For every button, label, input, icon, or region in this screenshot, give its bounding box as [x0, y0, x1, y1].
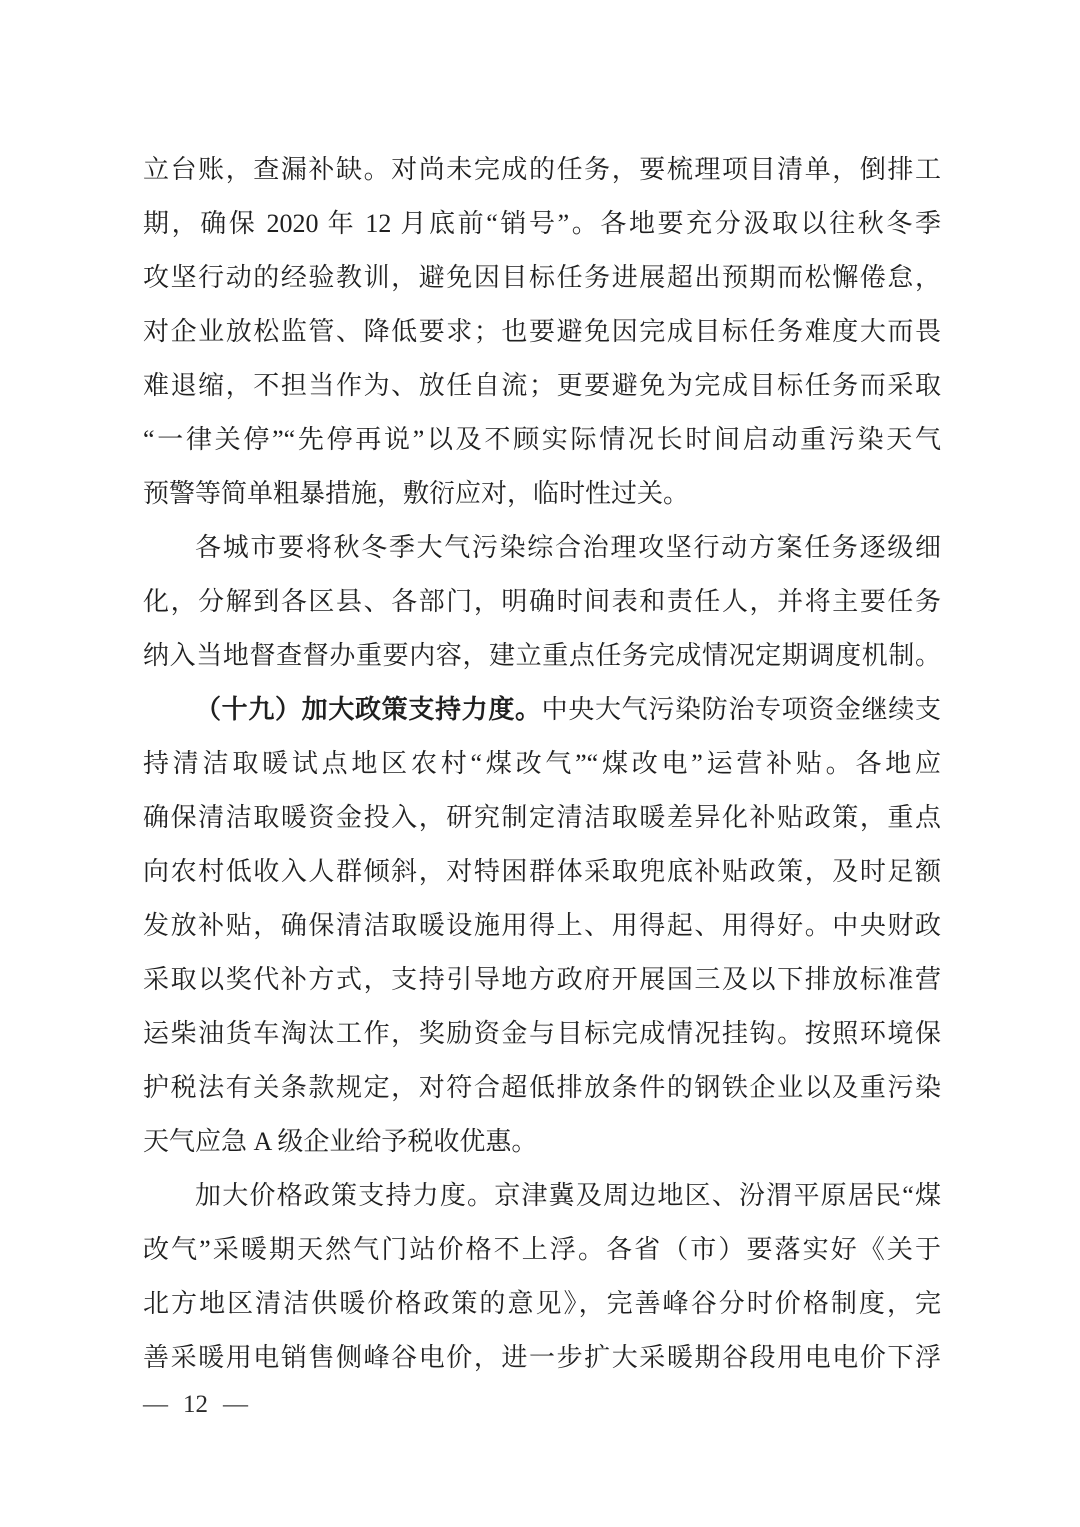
text-run: 对企业放松监管、降低要求；也要避免因完成目标任务难度大而畏 [143, 317, 941, 346]
text-line: 持清洁取暖试点地区农村“煤改气”“煤改电”运营补贴。各地应 [143, 737, 941, 791]
text-run: 纳入当地督查督办重要内容，建立重点任务完成情况定期调度机制。 [143, 641, 941, 670]
text-run: 中央大气污染防治专项资金继续支 [542, 695, 941, 724]
document-page: 立台账，查漏补缺。对尚未完成的任务，要梳理项目清单，倒排工期，确保 2020 年… [0, 0, 1080, 1527]
text-line: 护税法有关条款规定，对符合超低排放条件的钢铁企业以及重污染 [143, 1061, 941, 1115]
text-run: 采取以奖代补方式，支持引导地方政府开展国三及以下排放标准营 [143, 965, 941, 994]
text-line: 善采暖用电销售侧峰谷电价，进一步扩大采暖期谷段用电电价下浮 [143, 1331, 941, 1385]
text-line: 确保清洁取暖资金投入，研究制定清洁取暖差异化补贴政策，重点 [143, 791, 941, 845]
text-line: 攻坚行动的经验教训，避免因目标任务进展超出预期而松懈倦怠， [143, 251, 941, 305]
text-run: 善采暖用电销售侧峰谷电价，进一步扩大采暖期谷段用电电价下浮 [143, 1343, 941, 1372]
text-line: 纳入当地督查督办重要内容，建立重点任务完成情况定期调度机制。 [143, 629, 941, 683]
section-heading: （十九）加大政策支持力度。 [195, 695, 542, 724]
text-line: 改气”采暖期天然气门站价格不上浮。各省（市）要落实好《关于 [143, 1223, 941, 1277]
text-line: 运柴油货车淘汰工作，奖励资金与目标完成情况挂钩。按照环境保 [143, 1007, 941, 1061]
footer-right-dash: — [223, 1390, 248, 1420]
text-run: 运柴油货车淘汰工作，奖励资金与目标完成情况挂钩。按照环境保 [143, 1019, 941, 1048]
text-run: 各城市要将秋冬季大气污染综合治理攻坚行动方案任务逐级细 [195, 533, 941, 562]
text-line: 对企业放松监管、降低要求；也要避免因完成目标任务难度大而畏 [143, 305, 941, 359]
text-line: 化，分解到各区县、各部门，明确时间表和责任人，并将主要任务 [143, 575, 941, 629]
document-body: 立台账，查漏补缺。对尚未完成的任务，要梳理项目清单，倒排工期，确保 2020 年… [143, 143, 941, 1385]
text-line: 采取以奖代补方式，支持引导地方政府开展国三及以下排放标准营 [143, 953, 941, 1007]
text-line: 天气应急 A 级企业给予税收优惠。 [143, 1115, 941, 1169]
text-line: （十九）加大政策支持力度。中央大气污染防治专项资金继续支 [143, 683, 941, 737]
text-run: 期，确保 2020 年 12 月底前“销号”。各地要充分汲取以往秋冬季 [143, 209, 941, 238]
text-line: 难退缩，不担当作为、放任自流；更要避免为完成目标任务而采取 [143, 359, 941, 413]
text-run: 改气”采暖期天然气门站价格不上浮。各省（市）要落实好《关于 [143, 1235, 941, 1264]
text-line: 立台账，查漏补缺。对尚未完成的任务，要梳理项目清单，倒排工 [143, 143, 941, 197]
text-run: 化，分解到各区县、各部门，明确时间表和责任人，并将主要任务 [143, 587, 941, 616]
text-run: 立台账，查漏补缺。对尚未完成的任务，要梳理项目清单，倒排工 [143, 155, 941, 184]
footer-left-dash: — [143, 1390, 168, 1420]
text-line: 预警等简单粗暴措施，敷衍应对，临时性过关。 [143, 467, 941, 521]
text-run: 难退缩，不担当作为、放任自流；更要避免为完成目标任务而采取 [143, 371, 941, 400]
text-line: 发放补贴，确保清洁取暖设施用得上、用得起、用得好。中央财政 [143, 899, 941, 953]
text-run: 攻坚行动的经验教训，避免因目标任务进展超出预期而松懈倦怠， [143, 263, 941, 292]
text-run: 护税法有关条款规定，对符合超低排放条件的钢铁企业以及重污染 [143, 1073, 941, 1102]
text-line: 期，确保 2020 年 12 月底前“销号”。各地要充分汲取以往秋冬季 [143, 197, 941, 251]
text-run: 天气应急 A 级企业给予税收优惠。 [143, 1127, 537, 1156]
page-number: 12 [183, 1390, 208, 1420]
text-run: 北方地区清洁供暖价格政策的意见》，完善峰谷分时价格制度，完 [143, 1289, 941, 1318]
text-run: 加大价格政策支持力度。京津冀及周边地区、汾渭平原居民“煤 [195, 1181, 941, 1210]
text-line: 各城市要将秋冬季大气污染综合治理攻坚行动方案任务逐级细 [143, 521, 941, 575]
page-footer: — 12 — [143, 1390, 248, 1420]
text-line: 北方地区清洁供暖价格政策的意见》，完善峰谷分时价格制度，完 [143, 1277, 941, 1331]
text-run: 发放补贴，确保清洁取暖设施用得上、用得起、用得好。中央财政 [143, 911, 941, 940]
text-run: 持清洁取暖试点地区农村“煤改气”“煤改电”运营补贴。各地应 [143, 749, 941, 778]
text-line: “一律关停”“先停再说”以及不顾实际情况长时间启动重污染天气 [143, 413, 941, 467]
text-line: 加大价格政策支持力度。京津冀及周边地区、汾渭平原居民“煤 [143, 1169, 941, 1223]
text-run: 向农村低收入人群倾斜，对特困群体采取兜底补贴政策，及时足额 [143, 857, 941, 886]
text-run: 确保清洁取暖资金投入，研究制定清洁取暖差异化补贴政策，重点 [143, 803, 941, 832]
text-run: “一律关停”“先停再说”以及不顾实际情况长时间启动重污染天气 [143, 425, 941, 454]
text-run: 预警等简单粗暴措施，敷衍应对，临时性过关。 [143, 479, 689, 508]
text-line: 向农村低收入人群倾斜，对特困群体采取兜底补贴政策，及时足额 [143, 845, 941, 899]
